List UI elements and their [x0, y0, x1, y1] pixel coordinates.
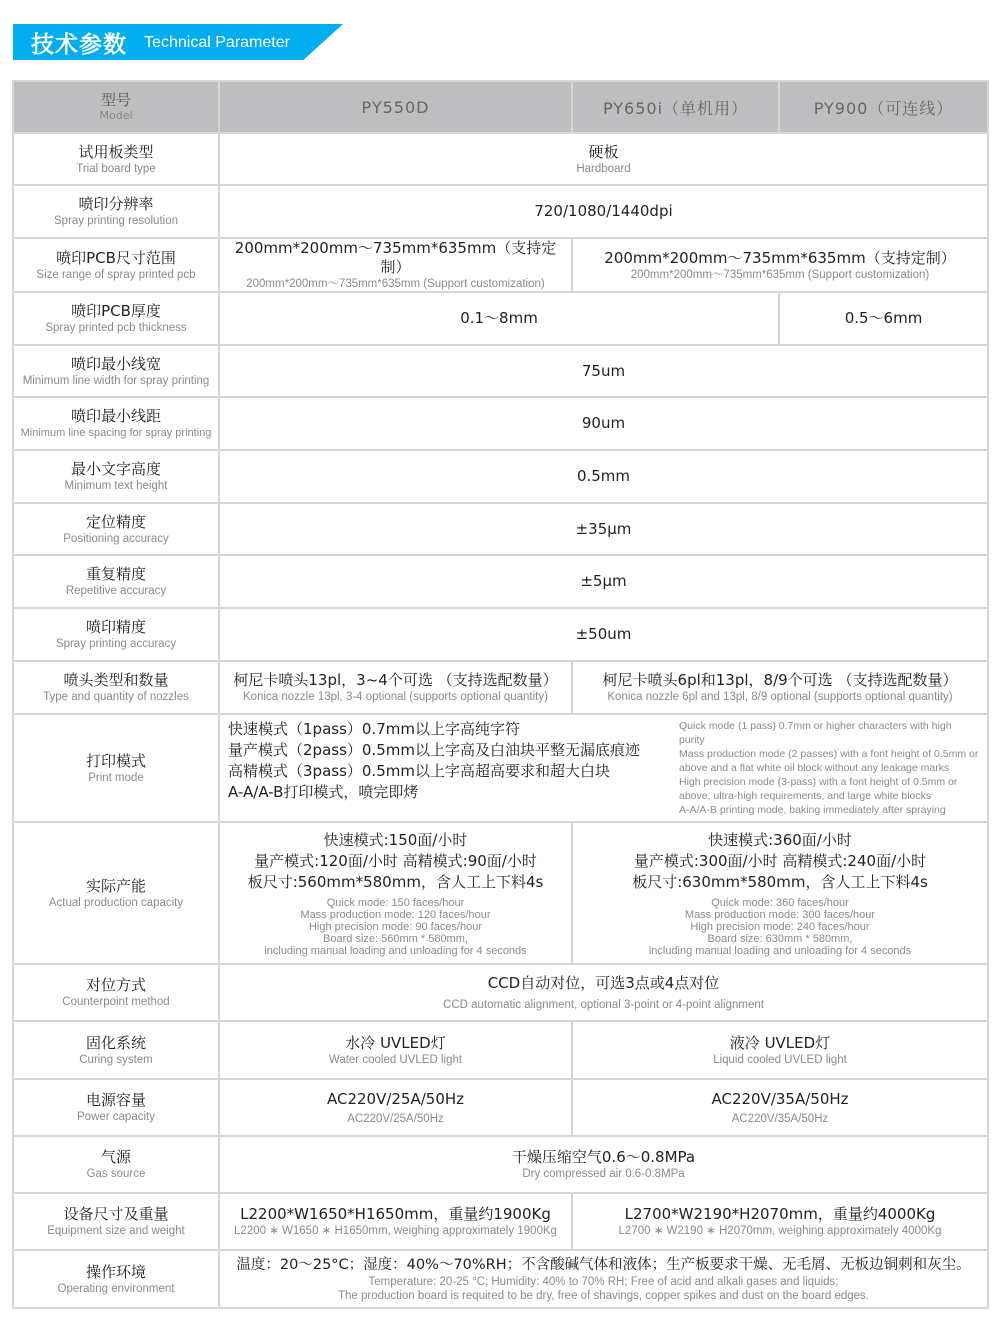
table-row: 设备尺寸及重量 Equipment size and weight L2200*… — [13, 1193, 988, 1250]
value-cn: 液冷 UVLED灯 — [577, 1034, 983, 1053]
label-en: Minimum line spacing for spray printing — [14, 426, 218, 440]
label-cn: 对位方式 — [18, 976, 214, 995]
label-cn: 设备尺寸及重量 — [18, 1205, 214, 1224]
table-row: 喷印PCB厚度 Spray printed pcb thickness 0.1～… — [13, 292, 988, 345]
label-cn: 喷印分辨率 — [18, 195, 214, 214]
value-en: Konica nozzle 6pl and 13pl, 8/9 optional… — [577, 690, 983, 704]
spec-table: 型号 Model PY550D PY650i（单机用） PY900（可连线） 试… — [12, 80, 989, 1309]
label-cn: 气源 — [18, 1148, 214, 1167]
model-label-cn: 型号 — [18, 91, 214, 109]
label-en: Minimum text height — [18, 479, 214, 493]
value-cell-py550d: 水冷 UVLED灯 Water cooled UVLED light — [219, 1021, 572, 1079]
value-cell: 快速模式（1pass）0.7mm以上字高纯字符 量产模式（2pass）0.5mm… — [219, 714, 988, 822]
value-cn: ±5μm — [224, 572, 983, 591]
row-label: 喷头类型和数量 Type and quantity of nozzles — [13, 661, 219, 714]
value-cell-py550d: 快速模式:150面/小时 量产模式:120面/小时 高精模式:90面/小时 板尺… — [219, 822, 572, 964]
row-label: 喷印分辨率 Spray printing resolution — [13, 185, 219, 238]
value-en: 200mm*200mm～735mm*635mm (Support customi… — [224, 277, 567, 291]
value-cn: 温度：20～25°C；湿度：40%～70%RH；不含酸碱气体和液体；生产板要求干… — [222, 1256, 985, 1275]
value-en: The production board is required to be d… — [222, 1289, 985, 1303]
model-header-py550d: PY550D — [219, 81, 572, 133]
row-label: 设备尺寸及重量 Equipment size and weight — [13, 1193, 219, 1250]
capacity-en-line: including manual loading and unloading f… — [224, 945, 567, 957]
value-cn: 0.1～8mm — [224, 309, 774, 328]
print-mode-en-line: Quick mode (1 pass) 0.7mm or higher char… — [679, 719, 979, 747]
value-cn: 200mm*200mm～735mm*635mm（支持定制） — [577, 249, 983, 268]
value-cn: L2200*W1650*H1650mm，重量约1900Kg — [224, 1205, 567, 1224]
value-cell-py650i-py900: 柯尼卡喷头6pl和13pl，8/9个可选 （支持选配数量） Konica noz… — [572, 661, 988, 714]
value-en: Konica nozzle 13pl, 3-4 optional (suppor… — [224, 690, 567, 704]
label-cn: 最小文字高度 — [18, 460, 214, 479]
capacity-line: 量产模式:120面/小时 高精模式:90面/小时 — [224, 851, 567, 872]
label-en: Print mode — [18, 771, 214, 785]
table-row: 喷头类型和数量 Type and quantity of nozzles 柯尼卡… — [13, 661, 988, 714]
print-mode-en-line: High precision mode (3-pass) with a font… — [679, 775, 979, 803]
value-cell-py650i-py900: 200mm*200mm～735mm*635mm（支持定制） 200mm*200m… — [572, 238, 988, 292]
label-en: Size range of spray printed pcb — [18, 268, 214, 282]
value-cn: 硬板 — [224, 143, 983, 162]
value-cell: 0.5mm — [219, 450, 988, 503]
value-cell: 硬板 Hardboard — [219, 133, 988, 185]
capacity-line: 快速模式:360面/小时 — [577, 830, 983, 851]
model-label-en: Model — [18, 109, 214, 123]
model-header-py650i: PY650i（单机用） — [572, 81, 779, 133]
value-en: Temperature: 20-25 °C; Humidity: 40% to … — [222, 1275, 985, 1289]
label-cn: 喷印PCB厚度 — [18, 302, 214, 321]
table-row: 试用板类型 Trial board type 硬板 Hardboard — [13, 133, 988, 185]
table-row: 电源容量 Power capacity AC220V/25A/50Hz AC22… — [13, 1079, 988, 1136]
value-en: AC220V/25A/50Hz — [224, 1112, 567, 1126]
capacity-en-line: High precision mode: 240 faces/hour — [577, 921, 983, 933]
print-mode-line: 高精模式（3pass）0.5mm以上字高超高要求和超大白块 — [228, 761, 640, 782]
row-label: 气源 Gas source — [13, 1136, 219, 1193]
row-label: 打印模式 Print mode — [13, 714, 219, 822]
label-en: Gas source — [18, 1167, 214, 1181]
value-cell-py550d: 柯尼卡喷头13pl，3~4个可选 （支持选配数量） Konica nozzle … — [219, 661, 572, 714]
capacity-line: 板尺寸:630mm*580mm，含人工上下料4s — [577, 872, 983, 893]
label-en: Minimum line width for spray printing — [18, 374, 214, 388]
value-cell-py650i-py900: 液冷 UVLED灯 Liquid cooled UVLED light — [572, 1021, 988, 1079]
value-en: L2200 ∗ W1650 ∗ H1650mm, weighing approx… — [224, 1224, 567, 1238]
label-cn: 喷印最小线距 — [14, 407, 218, 426]
label-cn: 操作环境 — [18, 1263, 214, 1282]
print-mode-content: 快速模式（1pass）0.7mm以上字高纯字符 量产模式（2pass）0.5mm… — [224, 719, 983, 817]
value-cn: ±35μm — [224, 520, 983, 539]
value-cell-py650i-py900: 快速模式:360面/小时 量产模式:300面/小时 高精模式:240面/小时 板… — [572, 822, 988, 964]
label-en: Equipment size and weight — [18, 1224, 214, 1238]
value-cn: 75um — [224, 362, 983, 381]
capacity-en-line: Mass production mode: 120 faces/hour — [224, 909, 567, 921]
capacity-en-line: Board size: 560mm * 580mm, — [224, 933, 567, 945]
value-cell-py550d: L2200*W1650*H1650mm，重量约1900Kg L2200 ∗ W1… — [219, 1193, 572, 1250]
value-en: CCD automatic alignment, optional 3-poin… — [224, 998, 983, 1012]
table-row: 喷印PCB尺寸范围 Size range of spray printed pc… — [13, 238, 988, 292]
banner-title-en: Technical Parameter — [144, 34, 290, 51]
value-cn: 90um — [224, 414, 983, 433]
capacity-en-line: High precision mode: 90 faces/hour — [224, 921, 567, 933]
label-en: Type and quantity of nozzles — [18, 690, 214, 704]
value-cn: 柯尼卡喷头6pl和13pl，8/9个可选 （支持选配数量） — [577, 671, 983, 690]
capacity-line: 量产模式:300面/小时 高精模式:240面/小时 — [577, 851, 983, 872]
table-row: 重复精度 Repetitive accuracy ±5μm — [13, 555, 988, 608]
label-cn: 固化系统 — [18, 1034, 214, 1053]
label-cn: 电源容量 — [18, 1091, 214, 1110]
value-en: 200mm*200mm～735mm*635mm (Support customi… — [577, 268, 983, 282]
row-label: 喷印PCB尺寸范围 Size range of spray printed pc… — [13, 238, 219, 292]
value-cn: 柯尼卡喷头13pl，3~4个可选 （支持选配数量） — [224, 671, 567, 690]
table-row: 定位精度 Positioning accuracy ±35μm — [13, 503, 988, 555]
print-mode-cn: 快速模式（1pass）0.7mm以上字高纯字符 量产模式（2pass）0.5mm… — [228, 719, 640, 803]
value-cn: 720/1080/1440dpi — [224, 202, 983, 221]
value-cell-py650i-py900: AC220V/35A/50Hz AC220V/35A/50Hz — [572, 1079, 988, 1136]
capacity-en-line: Mass production mode: 300 faces/hour — [577, 909, 983, 921]
print-mode-en: Quick mode (1 pass) 0.7mm or higher char… — [679, 719, 979, 817]
row-label: 电源容量 Power capacity — [13, 1079, 219, 1136]
label-en: Spray printing resolution — [18, 214, 214, 228]
value-cn: CCD自动对位，可选3点或4点对位 — [224, 974, 983, 993]
print-mode-en-line: Mass production mode (2 passes) with a f… — [679, 747, 979, 775]
label-cn: 试用板类型 — [18, 143, 214, 162]
label-en: Curing system — [18, 1053, 214, 1067]
row-label: 操作环境 Operating environment — [13, 1250, 219, 1308]
value-en: L2700 ∗ W2190 ∗ H2070mm, weighing approx… — [577, 1224, 983, 1238]
value-cell: 温度：20～25°C；湿度：40%～70%RH；不含酸碱气体和液体；生产板要求干… — [219, 1250, 988, 1308]
label-cn: 喷印精度 — [18, 618, 214, 637]
table-row: 喷印最小线距 Minimum line spacing for spray pr… — [13, 397, 988, 450]
capacity-line: 板尺寸:560mm*580mm，含人工上下料4s — [224, 872, 567, 893]
value-cn: AC220V/25A/50Hz — [224, 1090, 567, 1109]
value-cell-py900: 0.5～6mm — [779, 292, 988, 345]
label-en: Counterpoint method — [18, 995, 214, 1009]
model-header: 型号 Model — [13, 81, 219, 133]
label-cn: 重复精度 — [18, 565, 214, 584]
table-row: 打印模式 Print mode 快速模式（1pass）0.7mm以上字高纯字符 … — [13, 714, 988, 822]
table-row: 固化系统 Curing system 水冷 UVLED灯 Water coole… — [13, 1021, 988, 1079]
value-cn: ±50um — [224, 625, 983, 644]
capacity-en-line: Quick mode: 360 faces/hour — [577, 897, 983, 909]
table-row: 喷印最小线宽 Minimum line width for spray prin… — [13, 345, 988, 397]
banner-title-cn: 技术参数 — [31, 32, 127, 58]
label-cn: 定位精度 — [18, 513, 214, 532]
value-cell: ±35μm — [219, 503, 988, 555]
label-en: Operating environment — [18, 1282, 214, 1296]
value-en: Dry compressed air 0.6-0.8MPa — [224, 1167, 983, 1181]
capacity-line: 快速模式:150面/小时 — [224, 830, 567, 851]
print-mode-en-line: A-A/A-B printing mode, baking immediatel… — [679, 803, 979, 817]
table-row: 气源 Gas source 干燥压缩空气0.6～0.8MPa Dry compr… — [13, 1136, 988, 1193]
value-cn: 0.5～6mm — [784, 309, 983, 328]
label-cn: 喷头类型和数量 — [18, 671, 214, 690]
value-cell: CCD自动对位，可选3点或4点对位 CCD automatic alignmen… — [219, 964, 988, 1021]
value-cn: 干燥压缩空气0.6～0.8MPa — [224, 1148, 983, 1167]
label-en: Spray printing accuracy — [18, 637, 214, 651]
row-label: 定位精度 Positioning accuracy — [13, 503, 219, 555]
row-label: 喷印PCB厚度 Spray printed pcb thickness — [13, 292, 219, 345]
label-en: Repetitive accuracy — [18, 584, 214, 598]
table-row: 喷印分辨率 Spray printing resolution 720/1080… — [13, 185, 988, 238]
row-label: 对位方式 Counterpoint method — [13, 964, 219, 1021]
table-row: 对位方式 Counterpoint method CCD自动对位，可选3点或4点… — [13, 964, 988, 1021]
capacity-en-line: Board size: 630mm * 580mm, — [577, 933, 983, 945]
row-label: 重复精度 Repetitive accuracy — [13, 555, 219, 608]
value-en: Water cooled UVLED light — [224, 1053, 567, 1067]
value-cn: 水冷 UVLED灯 — [224, 1034, 567, 1053]
print-mode-line: A-A/A-B打印模式，喷完即烤 — [228, 782, 640, 803]
row-label: 喷印精度 Spray printing accuracy — [13, 608, 219, 661]
row-label: 实际产能 Actual production capacity — [13, 822, 219, 964]
section-banner: 技术参数 Technical Parameter — [13, 24, 343, 60]
value-cn: 0.5mm — [224, 467, 983, 486]
value-en: AC220V/35A/50Hz — [577, 1112, 983, 1126]
value-cell-py550d: AC220V/25A/50Hz AC220V/25A/50Hz — [219, 1079, 572, 1136]
value-cell-py650i-py900: L2700*W2190*H2070mm，重量约4000Kg L2700 ∗ W2… — [572, 1193, 988, 1250]
label-cn: 打印模式 — [18, 752, 214, 771]
table-row: 操作环境 Operating environment 温度：20～25°C；湿度… — [13, 1250, 988, 1308]
capacity-en-line: Quick mode: 150 faces/hour — [224, 897, 567, 909]
value-en: Liquid cooled UVLED light — [577, 1053, 983, 1067]
label-en: Trial board type — [18, 162, 214, 176]
label-en: Actual production capacity — [18, 896, 214, 910]
label-en: Spray printed pcb thickness — [18, 321, 214, 335]
value-cell-py550d: 200mm*200mm～735mm*635mm（支持定制） 200mm*200m… — [219, 238, 572, 292]
value-cn: AC220V/35A/50Hz — [577, 1090, 983, 1109]
value-cell: 干燥压缩空气0.6～0.8MPa Dry compressed air 0.6-… — [219, 1136, 988, 1193]
banner-title: 技术参数 Technical Parameter — [31, 26, 290, 59]
table-row: 最小文字高度 Minimum text height 0.5mm — [13, 450, 988, 503]
value-cell: 75um — [219, 345, 988, 397]
capacity-en-line: including manual loading and unloading f… — [577, 945, 983, 957]
value-cell: ±50um — [219, 608, 988, 661]
table-row: 喷印精度 Spray printing accuracy ±50um — [13, 608, 988, 661]
label-en: Power capacity — [18, 1110, 214, 1124]
value-cell: 90um — [219, 397, 988, 450]
print-mode-line: 快速模式（1pass）0.7mm以上字高纯字符 — [228, 719, 640, 740]
row-label: 喷印最小线宽 Minimum line width for spray prin… — [13, 345, 219, 397]
value-cell: 720/1080/1440dpi — [219, 185, 988, 238]
label-cn: 喷印最小线宽 — [18, 355, 214, 374]
value-cell-py550d-py650i: 0.1～8mm — [219, 292, 779, 345]
value-cn: 200mm*200mm～735mm*635mm（支持定制） — [224, 239, 567, 277]
table-header-row: 型号 Model PY550D PY650i（单机用） PY900（可连线） — [13, 81, 988, 133]
row-label: 固化系统 Curing system — [13, 1021, 219, 1079]
row-label: 最小文字高度 Minimum text height — [13, 450, 219, 503]
label-cn: 实际产能 — [18, 877, 214, 896]
row-label: 试用板类型 Trial board type — [13, 133, 219, 185]
print-mode-line: 量产模式（2pass）0.5mm以上字高及白油块平整无漏底痕迹 — [228, 740, 640, 761]
table-row: 实际产能 Actual production capacity 快速模式:150… — [13, 822, 988, 964]
label-en: Positioning accuracy — [18, 532, 214, 546]
model-header-py900: PY900（可连线） — [779, 81, 988, 133]
label-cn: 喷印PCB尺寸范围 — [18, 249, 214, 268]
value-cell: ±5μm — [219, 555, 988, 608]
value-en: Hardboard — [224, 162, 983, 176]
row-label: 喷印最小线距 Minimum line spacing for spray pr… — [13, 397, 219, 450]
value-cn: L2700*W2190*H2070mm，重量约4000Kg — [577, 1205, 983, 1224]
